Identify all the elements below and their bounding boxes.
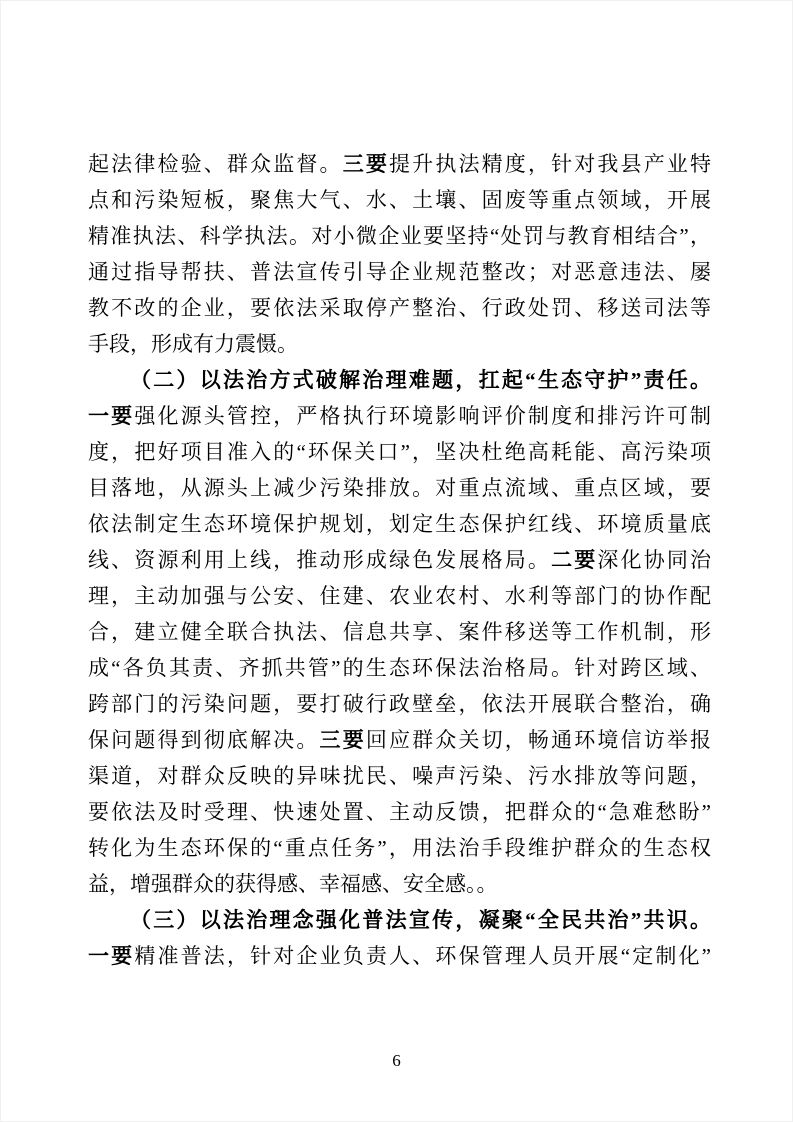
- heading-line: （三）以法治理念强化普法宣传，凝聚“全民共治”共识。: [88, 902, 711, 938]
- body-text: 保问题得到彻底解决。: [88, 728, 320, 752]
- text-line: 合，建立健全联合执法、信息共享、案件移送等工作机制，形: [88, 614, 711, 650]
- body-text: 精准普法，针对企业负责人、环保管理人员开展“定制化”: [134, 944, 711, 968]
- heading-line: （二）以法治方式破解治理难题，扛起“生态守护”责任。: [88, 362, 711, 398]
- body-text: 精准执法、科学执法。对小微企业要坚持“处罚与教育相结合”，: [88, 224, 711, 248]
- text-line: 理，主动加强与公安、住建、农业农村、水利等部门的协作配: [88, 578, 711, 614]
- body-text: 点和污染短板，聚焦大气、水、土壤、固废等重点领域，开展: [88, 188, 711, 212]
- text-line: 成“各负其责、齐抓共管”的生态环保法治格局。针对跨区域、: [88, 650, 711, 686]
- text-line: 转化为生态环保的“重点任务”，用法治手段维护群众的生态权: [88, 830, 711, 866]
- emphasis-text: 三要: [343, 152, 389, 176]
- text-line: 目落地，从源头上减少污染排放。对重点流域、重点区域，要: [88, 470, 711, 506]
- text-line: 点和污染短板，聚焦大气、水、土壤、固废等重点领域，开展: [88, 182, 711, 218]
- body-text: 理，主动加强与公安、住建、农业农村、水利等部门的协作配: [88, 584, 711, 608]
- text-line: 保问题得到彻底解决。三要回应群众关切，畅通环境信访举报: [88, 722, 711, 758]
- emphasis-text: 一要: [88, 404, 134, 428]
- text-body: 起法律检验、群众监督。三要提升执法精度，针对我县产业特点和污染短板，聚焦大气、水…: [88, 146, 711, 974]
- page-number: 6: [0, 1049, 793, 1073]
- body-text: 强化源头管控，严格执行环境影响评价制度和排污许可制: [134, 404, 711, 428]
- body-text: 合，建立健全联合执法、信息共享、案件移送等工作机制，形: [88, 620, 711, 644]
- body-text: 通过指导帮扶、普法宣传引导企业规范整改；对恶意违法、屡: [88, 260, 711, 284]
- body-text: 转化为生态环保的“重点任务”，用法治手段维护群众的生态权: [88, 836, 711, 860]
- emphasis-text: 一要: [88, 944, 134, 968]
- text-line: 精准执法、科学执法。对小微企业要坚持“处罚与教育相结合”，: [88, 218, 711, 254]
- body-text: 手段，形成有力震慑。: [88, 332, 298, 356]
- body-text: 起法律检验、群众监督。: [88, 152, 343, 176]
- document-page: 起法律检验、群众监督。三要提升执法精度，针对我县产业特点和污染短板，聚焦大气、水…: [0, 0, 793, 1122]
- body-text: 提升执法精度，针对我县产业特: [389, 152, 711, 176]
- body-text: 度，把好项目准入的“环保关口”，坚决杜绝高耗能、高污染项: [88, 440, 711, 464]
- text-line: 一要精准普法，针对企业负责人、环保管理人员开展“定制化”: [88, 938, 711, 974]
- text-line: 起法律检验、群众监督。三要提升执法精度，针对我县产业特: [88, 146, 711, 182]
- text-line: 通过指导帮扶、普法宣传引导企业规范整改；对恶意违法、屡: [88, 254, 711, 290]
- text-line: 线、资源利用上线，推动形成绿色发展格局。二要深化协同治: [88, 542, 711, 578]
- text-line: 益，增强群众的获得感、幸福感、安全感。。: [88, 866, 711, 902]
- body-text: 依法制定生态环境保护规划，划定生态保护红线、环境质量底: [88, 512, 711, 536]
- text-line: 渠道，对群众反映的异味扰民、噪声污染、污水排放等问题，: [88, 758, 711, 794]
- body-text: 线、资源利用上线，推动形成绿色发展格局。: [88, 548, 551, 572]
- text-line: 手段，形成有力震慑。: [88, 326, 711, 362]
- emphasis-text: 三要: [320, 728, 366, 752]
- body-text: 益，增强群众的获得感、幸福感、安全感。。: [88, 872, 498, 896]
- body-text: 回应群众关切，畅通环境信访举报: [366, 728, 711, 752]
- text-line: 一要强化源头管控，严格执行环境影响评价制度和排污许可制: [88, 398, 711, 434]
- emphasis-text: （二）以法治方式破解治理难题，扛起“生态守护”责任。: [130, 368, 711, 392]
- text-line: 要依法及时受理、快速处置、主动反馈，把群众的“急难愁盼”: [88, 794, 711, 830]
- body-text: 渠道，对群众反映的异味扰民、噪声污染、污水排放等问题，: [88, 764, 711, 788]
- text-line: 教不改的企业，要依法采取停产整治、行政处罚、移送司法等: [88, 290, 711, 326]
- text-line: 度，把好项目准入的“环保关口”，坚决杜绝高耗能、高污染项: [88, 434, 711, 470]
- body-text: 要依法及时受理、快速处置、主动反馈，把群众的“急难愁盼”: [88, 800, 711, 824]
- body-text: 成“各负其责、齐抓共管”的生态环保法治格局。针对跨区域、: [88, 656, 711, 680]
- body-text: 目落地，从源头上减少污染排放。对重点流域、重点区域，要: [88, 476, 711, 500]
- emphasis-text: 二要: [551, 548, 597, 572]
- emphasis-text: （三）以法治理念强化普法宣传，凝聚“全民共治”共识。: [130, 908, 711, 932]
- body-text: 深化协同治: [597, 548, 711, 572]
- text-line: 跨部门的污染问题，要打破行政壁垒，依法开展联合整治，确: [88, 686, 711, 722]
- body-text: 跨部门的污染问题，要打破行政壁垒，依法开展联合整治，确: [88, 692, 711, 716]
- body-text: 教不改的企业，要依法采取停产整治、行政处罚、移送司法等: [88, 296, 711, 320]
- text-line: 依法制定生态环境保护规划，划定生态保护红线、环境质量底: [88, 506, 711, 542]
